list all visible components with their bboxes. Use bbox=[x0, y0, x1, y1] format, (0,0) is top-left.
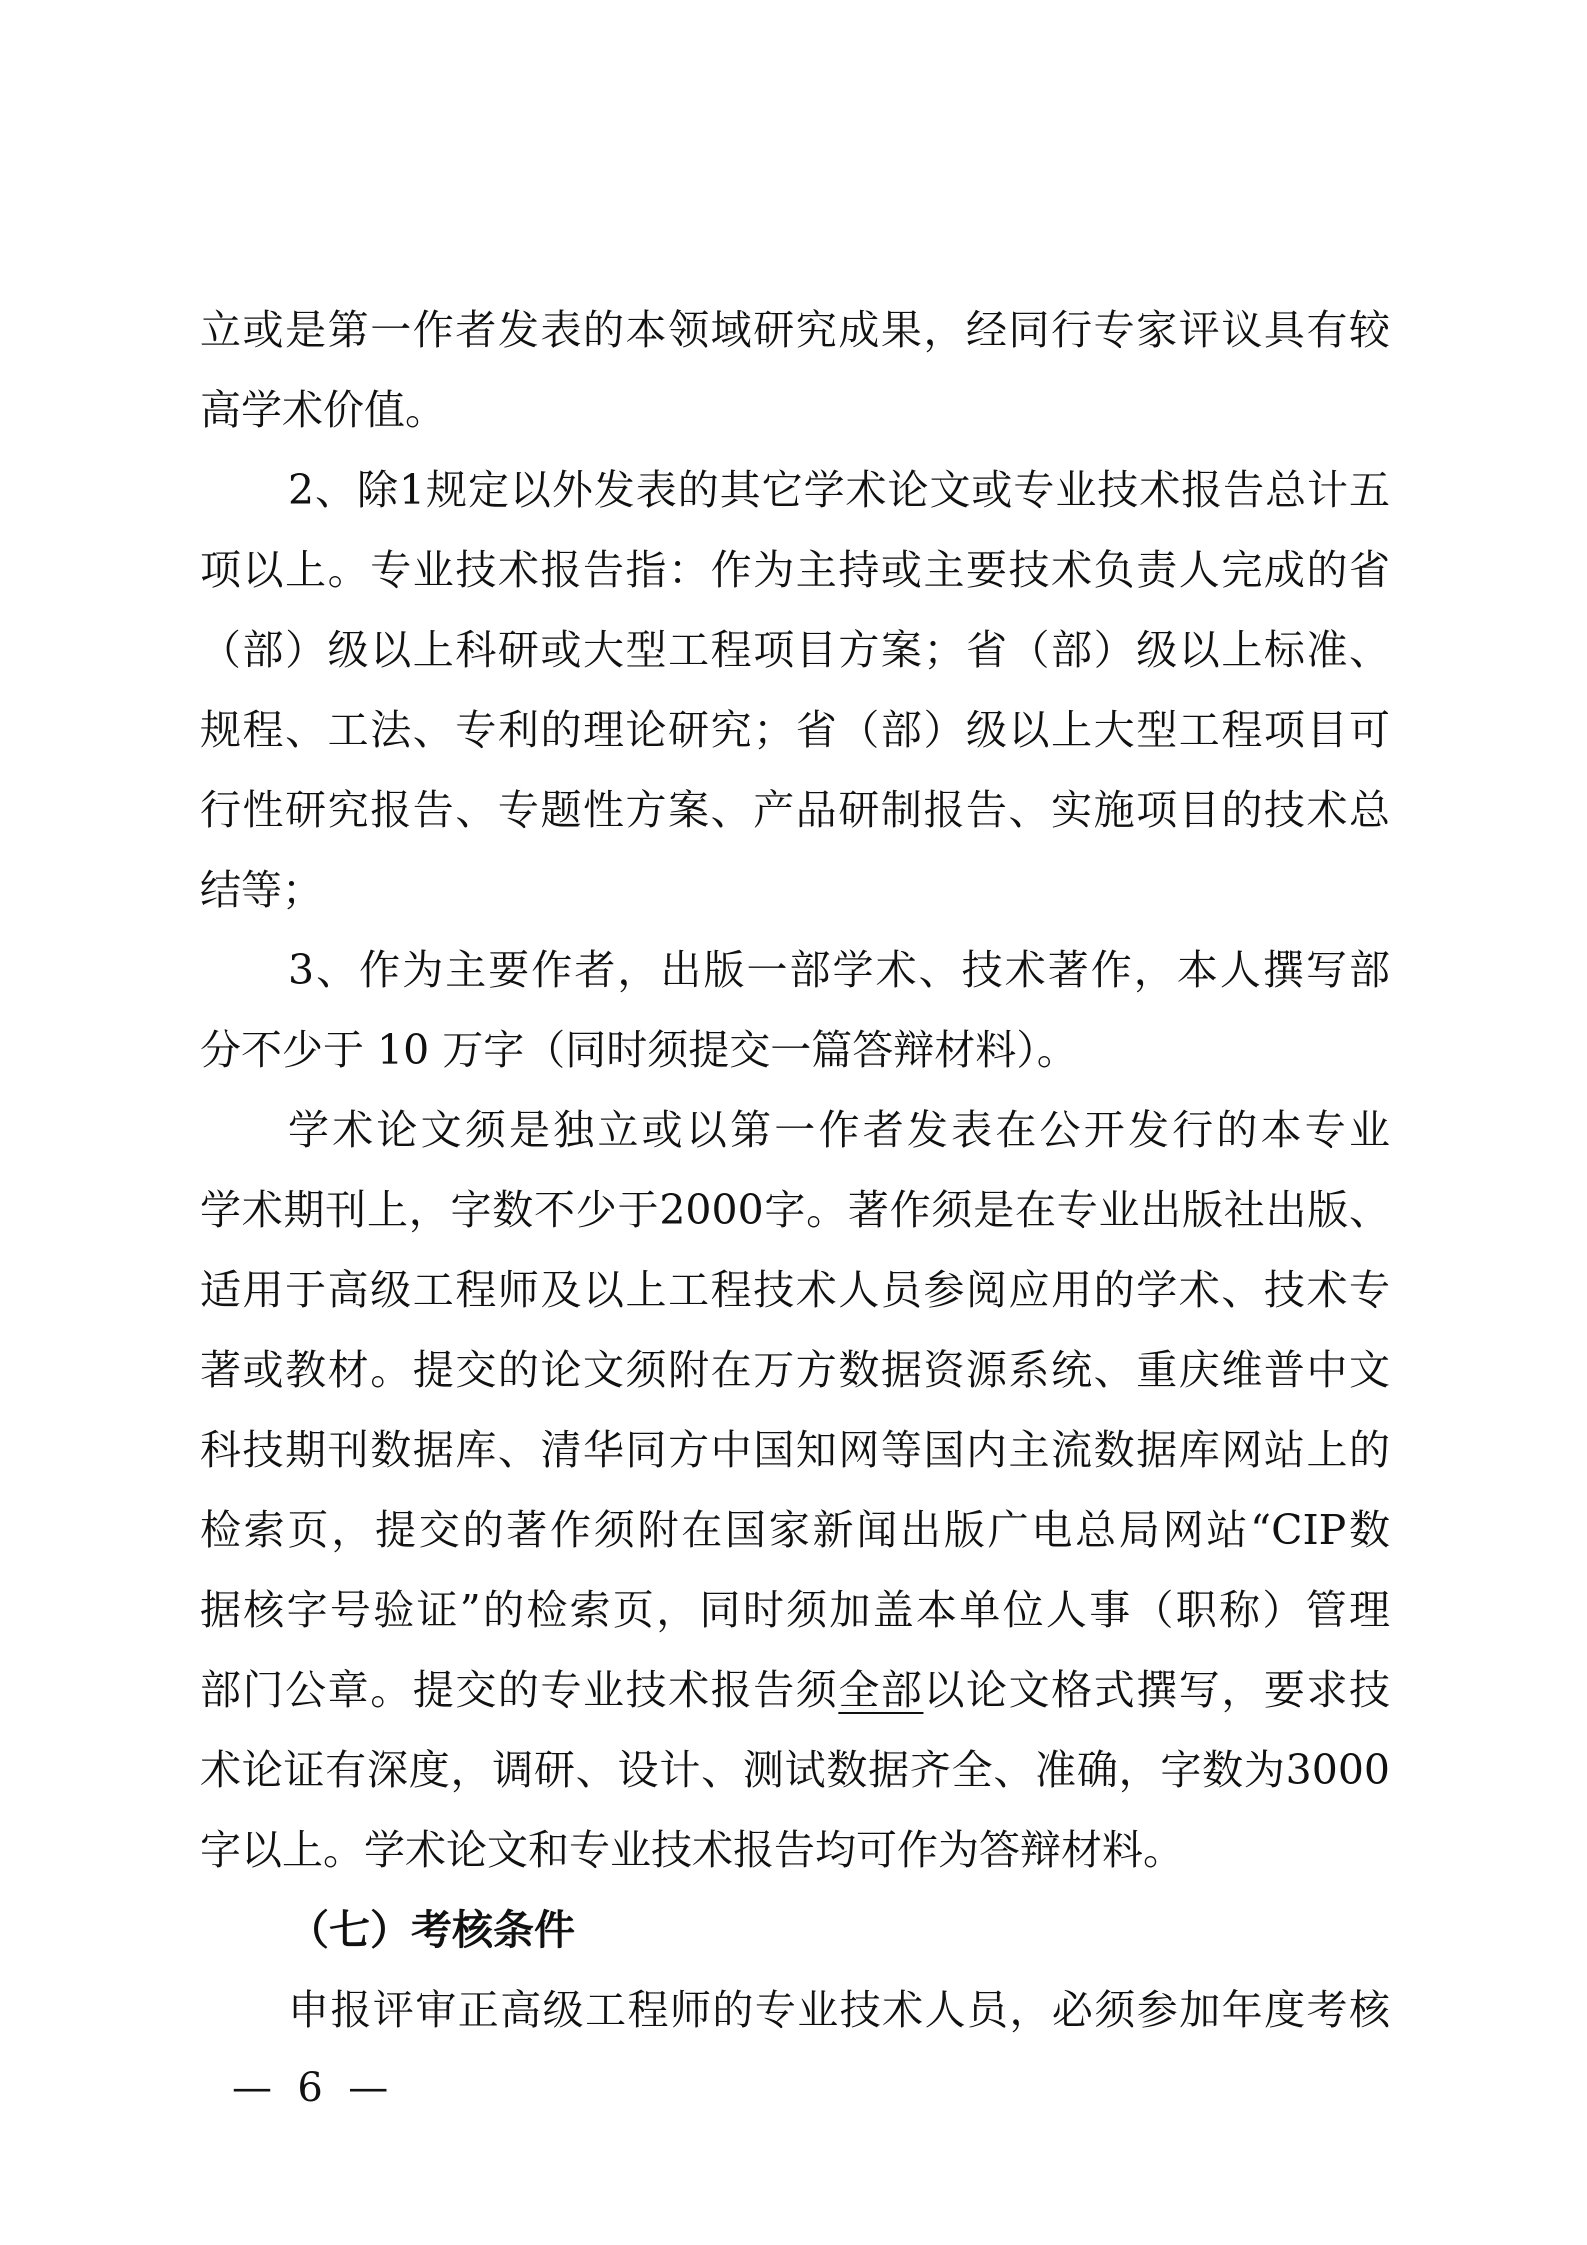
paragraph-line: 立或是第一作者发表的本领域研究成果，经同行专家评议具有较 bbox=[200, 290, 1390, 370]
page-number: — 6 — bbox=[232, 2058, 388, 2118]
paragraph-line: 行性研究报告、专题性方案、产品研制报告、实施项目的技术总 bbox=[200, 770, 1390, 850]
list-item-3-line: 3、作为主要作者，出版一部学术、技术著作，本人撰写部 bbox=[200, 930, 1390, 1010]
paragraph-start-line: 申报评审正高级工程师的专业技术人员，必须参加年度考核 bbox=[200, 1970, 1390, 2050]
underlined-text: 全部 bbox=[838, 1666, 923, 1714]
document-body: 立或是第一作者发表的本领域研究成果，经同行专家评议具有较 高学术价值。 2、除1… bbox=[200, 290, 1390, 2050]
paragraph-line: 字以上。学术论文和专业技术报告均可作为答辩材料。 bbox=[200, 1810, 1390, 1890]
text-segment: 部门公章。提交的专业技术报告须 bbox=[200, 1666, 838, 1714]
paragraph-start-line: 学术论文须是独立或以第一作者发表在公开发行的本专业 bbox=[200, 1090, 1390, 1170]
paragraph-line: 高学术价值。 bbox=[200, 370, 1390, 450]
paragraph-line-with-underline: 部门公章。提交的专业技术报告须全部以论文格式撰写，要求技 bbox=[200, 1650, 1390, 1730]
paragraph-line: 术论证有深度，调研、设计、测试数据齐全、准确，字数为3000 bbox=[200, 1730, 1390, 1810]
paragraph-line: 学术期刊上，字数不少于2000字。著作须是在专业出版社出版、 bbox=[200, 1170, 1390, 1250]
paragraph-line: 据核字号验证”的检索页，同时须加盖本单位人事（职称）管理 bbox=[200, 1570, 1390, 1650]
paragraph-line: 结等； bbox=[200, 850, 1390, 930]
paragraph-line: 著或教材。提交的论文须附在万方数据资源系统、重庆维普中文 bbox=[200, 1330, 1390, 1410]
paragraph-line: 规程、工法、专利的理论研究；省（部）级以上大型工程项目可 bbox=[200, 690, 1390, 770]
list-item-2-line: 2、除1规定以外发表的其它学术论文或专业技术报告总计五 bbox=[200, 450, 1390, 530]
paragraph-line: 科技期刊数据库、清华同方中国知网等国内主流数据库网站上的 bbox=[200, 1410, 1390, 1490]
paragraph-line: 项以上。专业技术报告指：作为主持或主要技术负责人完成的省 bbox=[200, 530, 1390, 610]
paragraph-line: 检索页，提交的著作须附在国家新闻出版广电总局网站“CIP数 bbox=[200, 1490, 1390, 1570]
text-segment: 以论文格式撰写，要求技 bbox=[923, 1666, 1390, 1714]
paragraph-line: 分不少于 10 万字（同时须提交一篇答辩材料）。 bbox=[200, 1010, 1390, 1090]
paragraph-line: （部）级以上科研或大型工程项目方案；省（部）级以上标准、 bbox=[200, 610, 1390, 690]
paragraph-line: 适用于高级工程师及以上工程技术人员参阅应用的学术、技术专 bbox=[200, 1250, 1390, 1330]
section-heading: （七）考核条件 bbox=[200, 1890, 1390, 1970]
document-page: 立或是第一作者发表的本领域研究成果，经同行专家评议具有较 高学术价值。 2、除1… bbox=[0, 0, 1587, 2245]
